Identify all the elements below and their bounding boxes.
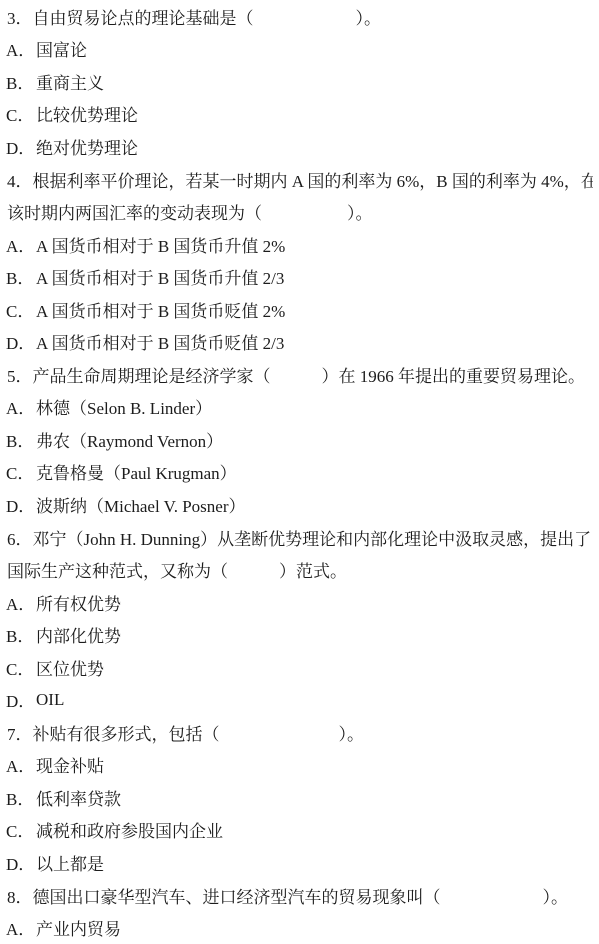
- answer-option: D．以上都是: [5, 846, 593, 879]
- answer-option: A．国富论: [5, 33, 593, 66]
- question-stem-line: 3．自由贸易论点的理论基础是（ ）。: [5, 0, 593, 33]
- option-label: A．: [6, 590, 36, 615]
- option-label: D．: [6, 850, 36, 875]
- option-label: A．: [6, 232, 36, 257]
- option-text: 所有权优势: [36, 590, 121, 615]
- option-text: 现金补贴: [36, 752, 104, 777]
- answer-option: D．绝对优势理论: [5, 130, 593, 163]
- answer-option: A．林德（Selon B. Linder）: [5, 391, 593, 424]
- question-stem-line: 5．产品生命周期理论是经济学家（ ）在 1966 年提出的重要贸易理论。: [5, 358, 593, 391]
- option-text: A 国货币相对于 B 国货币升值 2/3: [36, 264, 284, 289]
- answer-option: C．A 国货币相对于 B 国货币贬值 2%: [5, 293, 593, 326]
- option-text: A 国货币相对于 B 国货币贬值 2%: [36, 297, 285, 322]
- answer-option: A．现金补贴: [5, 749, 593, 782]
- answer-option: A．所有权优势: [5, 586, 593, 619]
- option-label: D．: [6, 492, 36, 517]
- question-stem-line: 4．根据利率平价理论，若某一时期内 A 国的利率为 6%，B 国的利率为 4%，…: [5, 163, 593, 196]
- question-block: 6．邓宁（John H. Dunning）从垄断优势理论和内部化理论中汲取灵感，…: [5, 521, 593, 716]
- question-stem-line: 国际生产这种范式，又称为（ ）范式。: [5, 553, 593, 586]
- option-label: C．: [6, 817, 36, 842]
- option-label: D．: [6, 329, 36, 354]
- answer-option: C．区位优势: [5, 651, 593, 684]
- option-label: C．: [6, 459, 36, 484]
- option-label: A．: [6, 915, 36, 940]
- answer-option: C．克鲁格曼（Paul Krugman）: [5, 456, 593, 489]
- option-label: B．: [6, 69, 36, 94]
- option-text: 绝对优势理论: [36, 134, 138, 159]
- option-text: 产业内贸易: [36, 915, 121, 940]
- answer-option: D．OIL: [5, 683, 593, 716]
- question-block: 5．产品生命周期理论是经济学家（ ）在 1966 年提出的重要贸易理论。A．林德…: [5, 358, 593, 521]
- exam-page: 3．自由贸易论点的理论基础是（ ）。A．国富论B．重商主义C．比较优势理论D．绝…: [0, 0, 599, 944]
- option-label: B．: [6, 785, 36, 810]
- answer-option: B．重商主义: [5, 65, 593, 98]
- option-label: C．: [6, 655, 36, 680]
- option-label: A．: [6, 752, 36, 777]
- answer-option: D．A 国货币相对于 B 国货币贬值 2/3: [5, 325, 593, 358]
- question-stem-line: 6．邓宁（John H. Dunning）从垄断优势理论和内部化理论中汲取灵感，…: [5, 521, 593, 554]
- option-label: B．: [6, 622, 36, 647]
- option-label: D．: [6, 134, 36, 159]
- answer-option: C．比较优势理论: [5, 98, 593, 131]
- question-block: 7．补贴有很多形式，包括（ ）。A．现金补贴B．低利率贷款C．减税和政府参股国内…: [5, 716, 593, 879]
- answer-option: B．弗农（Raymond Vernon）: [5, 423, 593, 456]
- answer-option: A．A 国货币相对于 B 国货币升值 2%: [5, 228, 593, 261]
- option-text: 以上都是: [36, 850, 104, 875]
- option-text: 克鲁格曼（Paul Krugman）: [36, 459, 237, 484]
- answer-option: B．内部化优势: [5, 618, 593, 651]
- question-block: 4．根据利率平价理论，若某一时期内 A 国的利率为 6%，B 国的利率为 4%，…: [5, 163, 593, 358]
- question-stem-line: 该时期内两国汇率的变动表现为（ ）。: [5, 195, 593, 228]
- question-block: 3．自由贸易论点的理论基础是（ ）。A．国富论B．重商主义C．比较优势理论D．绝…: [5, 0, 593, 163]
- option-text: 减税和政府参股国内企业: [36, 817, 223, 842]
- option-text: 林德（Selon B. Linder）: [36, 394, 212, 419]
- option-text: 低利率贷款: [36, 785, 121, 810]
- answer-option: C．减税和政府参股国内企业: [5, 814, 593, 847]
- option-label: A．: [6, 36, 36, 61]
- option-text: A 国货币相对于 B 国货币升值 2%: [36, 232, 285, 257]
- option-text: 内部化优势: [36, 622, 121, 647]
- option-label: D．: [6, 687, 36, 712]
- option-label: C．: [6, 101, 36, 126]
- answer-option: B．低利率贷款: [5, 781, 593, 814]
- option-text: 重商主义: [36, 69, 104, 94]
- question-stem-line: 7．补贴有很多形式，包括（ ）。: [5, 716, 593, 749]
- answer-option: D．波斯纳（Michael V. Posner）: [5, 488, 593, 521]
- option-text: 弗农（Raymond Vernon）: [36, 427, 223, 452]
- question-stem-line: 8．德国出口豪华型汽车、进口经济型汽车的贸易现象叫（ ）。: [5, 879, 593, 912]
- option-text: OIL: [36, 690, 64, 710]
- answer-option: A．产业内贸易: [5, 911, 593, 944]
- question-block: 8．德国出口豪华型汽车、进口经济型汽车的贸易现象叫（ ）。A．产业内贸易: [5, 879, 593, 944]
- option-label: C．: [6, 297, 36, 322]
- option-text: 比较优势理论: [36, 101, 138, 126]
- option-label: B．: [6, 427, 36, 452]
- option-text: 区位优势: [36, 655, 104, 680]
- answer-option: B．A 国货币相对于 B 国货币升值 2/3: [5, 260, 593, 293]
- option-text: 波斯纳（Michael V. Posner）: [36, 492, 246, 517]
- option-text: 国富论: [36, 36, 87, 61]
- option-label: B．: [6, 264, 36, 289]
- question-list: 3．自由贸易论点的理论基础是（ ）。A．国富论B．重商主义C．比较优势理论D．绝…: [5, 0, 593, 944]
- option-label: A．: [6, 394, 36, 419]
- option-text: A 国货币相对于 B 国货币贬值 2/3: [36, 329, 284, 354]
